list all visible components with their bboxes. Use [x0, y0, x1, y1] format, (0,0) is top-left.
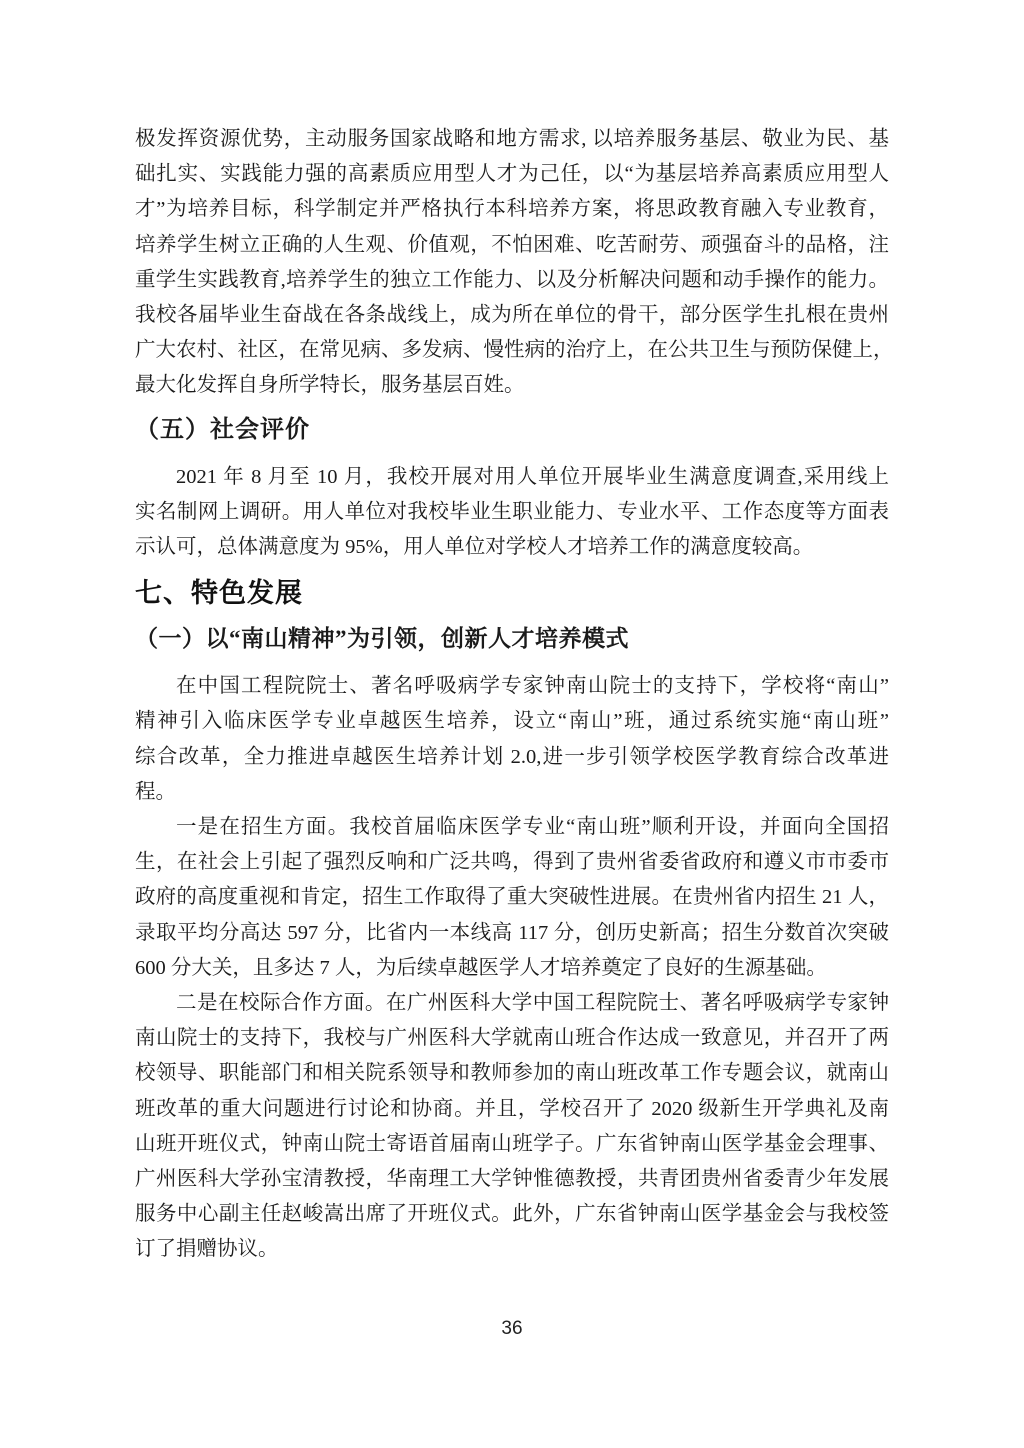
text-line: 极发挥资源优势，主动服务国家战略和地方需求, 以培养服务基层、敬业为民、基 [135, 122, 889, 157]
heading-social-evaluation: （五）社会评价 [135, 410, 889, 450]
text-line: 实名制网上调研。用人单位对我校毕业生职业能力、专业水平、工作态度等方面表 [135, 495, 889, 530]
text-line: 一是在招生方面。我校首届临床医学专业“南山班”顺利开设，并面向全国招 [135, 810, 889, 845]
text-line: 校领导、职能部门和相关院系领导和教师参加的南山班改革工作专题会议，就南山 [135, 1056, 889, 1091]
text-line: 程。 [135, 775, 889, 810]
text-line: 培养学生树立正确的人生观、价值观，不怕困难、吃苦耐劳、顽强奋斗的品格，注 [135, 228, 889, 263]
document-page: 极发挥资源优势，主动服务国家战略和地方需求, 以培养服务基层、敬业为民、基 础扎… [0, 0, 1024, 1448]
text-line: 班改革的重大问题进行讨论和协商。并且，学校召开了 2020 级新生开学典礼及南 [135, 1092, 889, 1127]
text-line: 录取平均分高达 597 分，比省内一本线高 117 分，创历史新高；招生分数首次… [135, 916, 889, 951]
text-line: 山班开班仪式，钟南山院士寄语首届南山班学子。广东省钟南山医学基金会理事、 [135, 1127, 889, 1162]
text-line: 我校各届毕业生奋战在各条战线上，成为所在单位的骨干，部分医学生扎根在贵州 [135, 298, 889, 333]
text-line: 600 分大关，且多达 7 人，为后续卓越医学人才培养奠定了良好的生源基础。 [135, 951, 889, 986]
text-line: 在中国工程院院士、著名呼吸病学专家钟南山院士的支持下，学校将“南山” [135, 669, 889, 704]
text-line: 政府的高度重视和肯定，招生工作取得了重大突破性进展。在贵州省内招生 21 人， [135, 880, 889, 915]
text-line: 示认可，总体满意度为 95%，用人单位对学校人才培养工作的满意度较高。 [135, 530, 889, 565]
text-line: 二是在校际合作方面。在广州医科大学中国工程院院士、著名呼吸病学专家钟 [135, 986, 889, 1021]
text-line: 最大化发挥自身所学特长，服务基层百姓。 [135, 368, 889, 403]
paragraph-mission: 极发挥资源优势，主动服务国家战略和地方需求, 以培养服务基层、敬业为民、基 础扎… [135, 122, 889, 404]
text-line: 才”为培养目标，科学制定并严格执行本科培养方案，将思政教育融入专业教育， [135, 192, 889, 227]
text-line: 广大农村、社区，在常见病、多发病、慢性病的治疗上，在公共卫生与预防保健上， [135, 333, 889, 368]
document-body: 极发挥资源优势，主动服务国家战略和地方需求, 以培养服务基层、敬业为民、基 础扎… [135, 0, 889, 1268]
heading-special-development: 七、特色发展 [135, 571, 889, 615]
paragraph-nanshan-intro: 在中国工程院院士、著名呼吸病学专家钟南山院士的支持下，学校将“南山” 精神引入临… [135, 669, 889, 810]
paragraph-cooperation: 二是在校际合作方面。在广州医科大学中国工程院院士、著名呼吸病学专家钟 南山院士的… [135, 986, 889, 1268]
text-line: 广州医科大学孙宝清教授，华南理工大学钟惟德教授，共青团贵州省委青少年发展 [135, 1162, 889, 1197]
text-line: 重学生实践教育,培养学生的独立工作能力、以及分析解决问题和动手操作的能力。 [135, 263, 889, 298]
text-line: 2021 年 8 月至 10 月，我校开展对用人单位开展毕业生满意度调查,采用线… [135, 460, 889, 495]
paragraph-enrollment: 一是在招生方面。我校首届临床医学专业“南山班”顺利开设，并面向全国招 生，在社会… [135, 810, 889, 986]
text-line: 础扎实、实践能力强的高素质应用型人才为己任，以“为基层培养高素质应用型人 [135, 157, 889, 192]
page-number: 36 [0, 1318, 1024, 1340]
text-line: 南山院士的支持下，我校与广州医科大学就南山班合作达成一致意见，并召开了两 [135, 1021, 889, 1056]
heading-nanshan-model: （一）以“南山精神”为引领，创新人才培养模式 [135, 619, 889, 659]
text-line: 服务中心副主任赵峻嵩出席了开班仪式。此外，广东省钟南山医学基金会与我校签 [135, 1197, 889, 1232]
text-line: 订了捐赠协议。 [135, 1232, 889, 1267]
text-line: 生，在社会上引起了强烈反响和广泛共鸣，得到了贵州省委省政府和遵义市市委市 [135, 845, 889, 880]
text-line: 精神引入临床医学专业卓越医生培养，设立“南山”班，通过系统实施“南山班” [135, 704, 889, 739]
paragraph-survey: 2021 年 8 月至 10 月，我校开展对用人单位开展毕业生满意度调查,采用线… [135, 460, 889, 566]
text-line: 综合改革，全力推进卓越医生培养计划 2.0,进一步引领学校医学教育综合改革进 [135, 740, 889, 775]
